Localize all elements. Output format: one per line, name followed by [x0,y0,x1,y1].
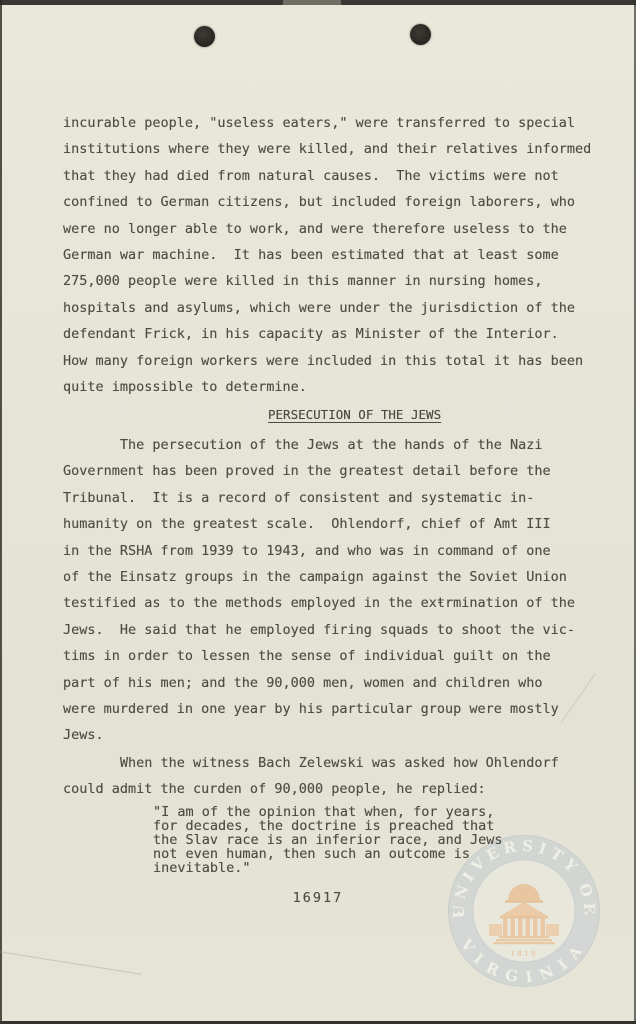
paragraph-euthanasia-victims: incurable people, "useless eaters," were… [63,110,591,400]
document-page: UNIVERSITY OF VIRGINIA ◆ ◆ [0,0,636,1024]
paragraph-persecution-of-jews: The persecution of the Jews at the hands… [63,432,575,749]
section-heading: PERSECUTION OF THE JEWS [268,406,441,424]
scan-edge-notch [283,0,341,5]
scan-edge-left [0,0,2,1024]
punch-hole-left [194,26,215,47]
paragraph-bach-zelewski: When the witness Bach Zelewski was asked… [63,750,559,803]
block-quote-ohlendorf-reply: "I am of the opinion that when, for year… [153,805,503,875]
paper-crease-bottom-left [0,950,141,974]
page-number: 16917 [0,888,636,908]
punch-hole-right [410,24,431,45]
seal-year: 1819 [510,949,537,958]
scan-edge-top [0,0,636,5]
